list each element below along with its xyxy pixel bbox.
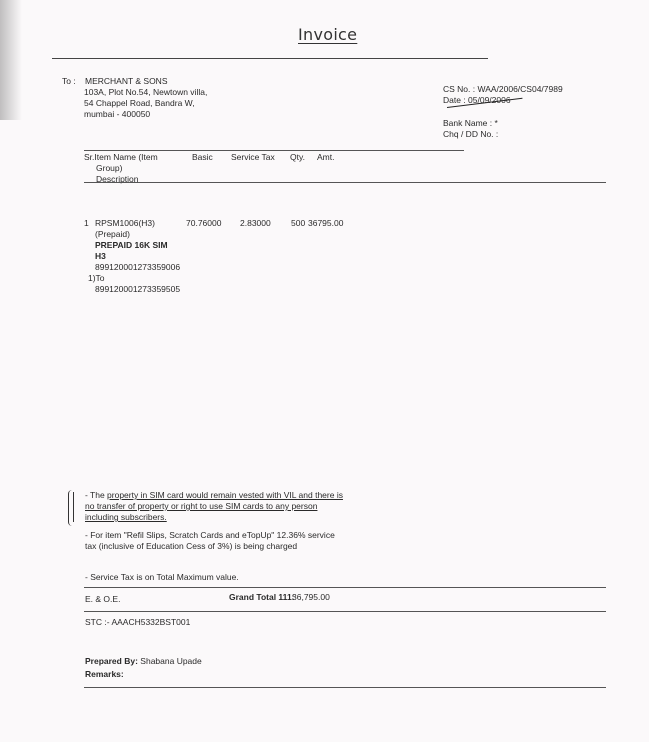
recipient-name: MERCHANT & SONS <box>85 76 168 87</box>
prepared-by: Prepared By: Shabana Upade <box>85 656 202 667</box>
address-line: 54 Chappel Road, Bandra W, <box>84 98 207 109</box>
scan-edge-shadow <box>0 0 22 120</box>
grand-total-label: Grand Total 111: <box>229 592 295 603</box>
table-row-sr: 1 <box>84 218 89 229</box>
remarks-label: Remarks: <box>85 669 124 680</box>
recipient-address: 103A, Plot No.54, Newtown villa, 54 Chap… <box>84 87 207 120</box>
col-header-service-tax: Service Tax <box>231 152 275 163</box>
table-row-qty: 500 <box>291 218 305 229</box>
note-sim-property: - The property in SIM card would remain … <box>85 490 345 523</box>
title-divider <box>52 58 488 59</box>
address-line: 103A, Plot No.54, Newtown villa, <box>84 87 207 98</box>
note-service-tax-basis: - Service Tax is on Total Maximum value. <box>85 572 345 583</box>
table-row-basic: 70.76000 <box>186 218 221 229</box>
col-header-basic: Basic <box>192 152 213 163</box>
totals-bottom-rule <box>84 611 606 612</box>
grand-total-value: 36,795.00 <box>292 592 330 603</box>
remarks-rule <box>84 687 606 688</box>
eoe-label: E. & O.E. <box>85 594 120 605</box>
totals-top-rule <box>84 587 606 588</box>
cs-number: CS No. : WAA/2006/CS04/7989 <box>443 84 563 95</box>
table-row-service-tax: 2.83000 <box>240 218 271 229</box>
pen-bracket-mark <box>73 492 78 522</box>
col-header-qty: Qty. <box>290 152 305 163</box>
note-service-tax-rate: - For item "Refil Slips, Scratch Cards a… <box>85 530 345 552</box>
to-label: To : <box>62 76 76 87</box>
address-line: mumbai - 400050 <box>84 109 207 120</box>
stc-number: STC :- AAACH5332BST001 <box>85 617 190 628</box>
chq-dd-number: Chq / DD No. : <box>443 129 498 140</box>
col-header-item: Sr.Item Name (Item Group) Description <box>84 152 158 185</box>
table-row-item: RPSM1006(H3) (Prepaid) PREPAID 16K SIM H… <box>95 218 180 295</box>
table-top-rule <box>84 150 464 151</box>
col-header-amt: Amt. <box>317 152 334 163</box>
bank-name: Bank Name : * <box>443 118 498 129</box>
table-row-amt: 36795.00 <box>308 218 343 229</box>
table-header-rule <box>84 182 606 183</box>
invoice-title: Invoice <box>298 25 357 44</box>
